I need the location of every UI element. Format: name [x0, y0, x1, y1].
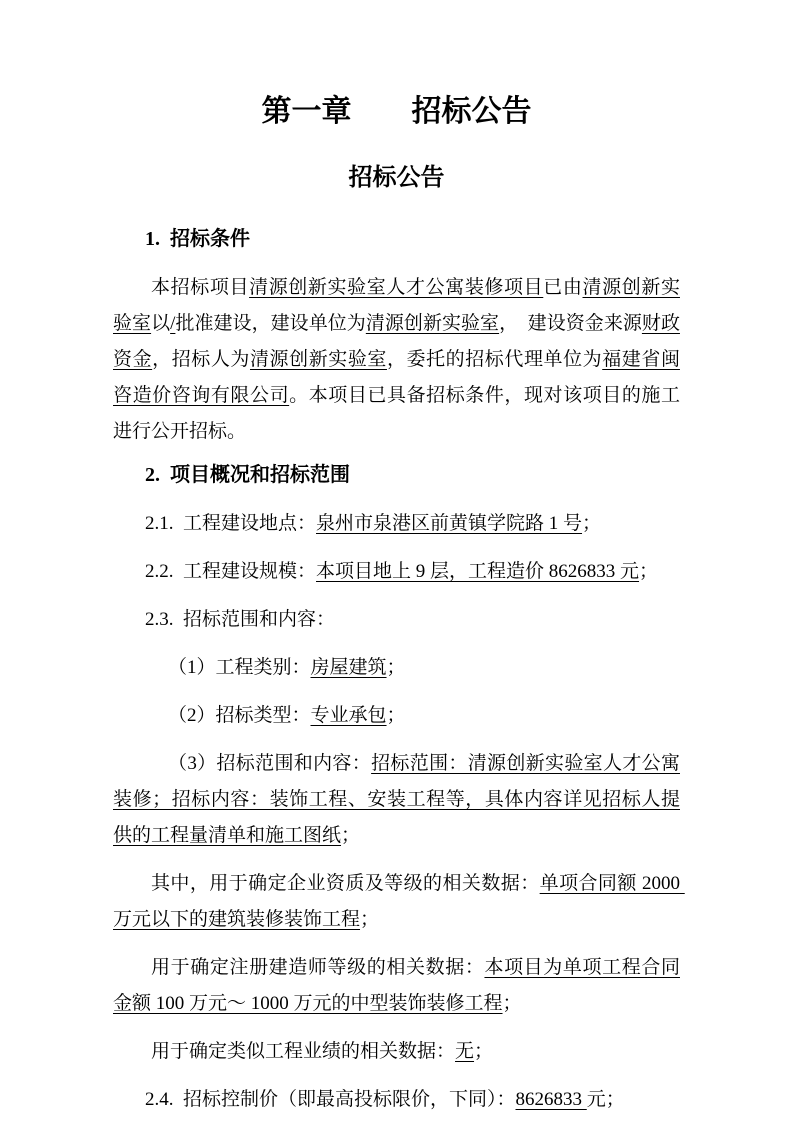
underlined-value: 专业承包 — [311, 705, 387, 726]
underlined-value: 8626833 — [516, 1089, 587, 1110]
text-run: ； — [474, 1041, 493, 1062]
text-run: ， 建设资金来源 — [499, 313, 642, 334]
subitem-1-project-category: （1）工程类别：房屋建筑； — [113, 650, 680, 686]
text-run: 2.4. 招标控制价（即最高投标限价，下同）： — [145, 1089, 516, 1110]
underlined-value: 房屋建筑 — [311, 657, 387, 678]
text-run: （2）招标类型： — [168, 705, 311, 726]
bidding-conditions-paragraph: 本招标项目清源创新实验室人才公寓装修项目已由清源创新实验室以/批准建设，建设单位… — [113, 270, 680, 450]
text-run: 1. 招标条件 — [145, 228, 250, 250]
underlined-value: 清源创新实验室 — [250, 349, 387, 370]
item-2-2-construction-scale: 2.2. 工程建设规模：本项目地上 9 层，工程造价 8626833 元； — [113, 554, 680, 590]
text-run: ，委托的招标代理单位为 — [387, 349, 602, 370]
text-run: （3）招标范围和内容： — [168, 753, 371, 774]
registered-constructor-grade-paragraph: 用于确定注册建造师等级的相关数据：本项目为单项工程合同金额 100 万元～ 10… — [113, 950, 680, 1022]
section-1-heading: 1. 招标条件 — [113, 224, 680, 254]
text-run: 其中，用于确定企业资质及等级的相关数据： — [151, 873, 540, 894]
underlined-value: 清源创新实验室 — [366, 313, 499, 334]
section-2-heading: 2. 项目概况和招标范围 — [113, 460, 680, 490]
text-run: 2. 项目概况和招标范围 — [145, 464, 350, 486]
text-run: 2.1. 工程建设地点： — [145, 513, 316, 534]
text-run: ，招标人为 — [152, 349, 250, 370]
text-run: ； — [387, 657, 406, 678]
text-run: 元； — [587, 1089, 625, 1110]
text-run: 批准建设，建设单位为 — [175, 313, 365, 334]
text-run: 2.2. 工程建设规模： — [145, 561, 316, 582]
text-run: 本招标项目 — [151, 277, 249, 298]
document-subtitle: 招标公告 — [0, 160, 793, 196]
item-2-3-scope-heading: 2.3. 招标范围和内容： — [113, 602, 680, 638]
document-body: 1. 招标条件本招标项目清源创新实验室人才公寓装修项目已由清源创新实验室以/批准… — [0, 224, 793, 1118]
similar-project-performance-paragraph: 用于确定类似工程业绩的相关数据：无； — [113, 1034, 680, 1070]
item-2-1-construction-location: 2.1. 工程建设地点：泉州市泉港区前黄镇学院路 1 号； — [113, 506, 680, 542]
underlined-value: 无 — [455, 1041, 474, 1062]
item-2-4-bid-control-price: 2.4. 招标控制价（即最高投标限价，下同）：8626833 元； — [113, 1082, 680, 1118]
text-run: 已由 — [543, 277, 582, 298]
text-run: （1）工程类别： — [168, 657, 311, 678]
text-run: ； — [503, 993, 522, 1014]
subitem-3-scope-and-content: （3）招标范围和内容：招标范围：清源创新实验室人才公寓装修；招标内容：装饰工程、… — [113, 746, 680, 854]
enterprise-qualification-data-paragraph: 其中，用于确定企业资质及等级的相关数据：单项合同额 2000 万元以下的建筑装修… — [113, 866, 680, 938]
underlined-value: 本项目地上 9 层，工程造价 8626833 元 — [316, 561, 639, 582]
chapter-title: 第一章 招标公告 — [0, 0, 793, 134]
text-run: ； — [341, 825, 360, 846]
text-run: 用于确定类似工程业绩的相关数据： — [151, 1041, 455, 1062]
underlined-value: 清源创新实验室人才公寓装修项目 — [249, 277, 543, 298]
subitem-2-bidding-type: （2）招标类型：专业承包； — [113, 698, 680, 734]
text-run: ； — [582, 513, 601, 534]
document-page: 第一章 招标公告 招标公告 1. 招标条件本招标项目清源创新实验室人才公寓装修项… — [0, 0, 793, 1122]
text-run: 用于确定注册建造师等级的相关数据： — [151, 957, 484, 978]
text-run: 以 — [151, 313, 170, 334]
text-run: ； — [387, 705, 406, 726]
underlined-value: 泉州市泉港区前黄镇学院路 1 号 — [316, 513, 582, 534]
text-run: ； — [360, 909, 379, 930]
text-run: 2.3. 招标范围和内容： — [145, 609, 335, 630]
text-run: ； — [639, 561, 658, 582]
